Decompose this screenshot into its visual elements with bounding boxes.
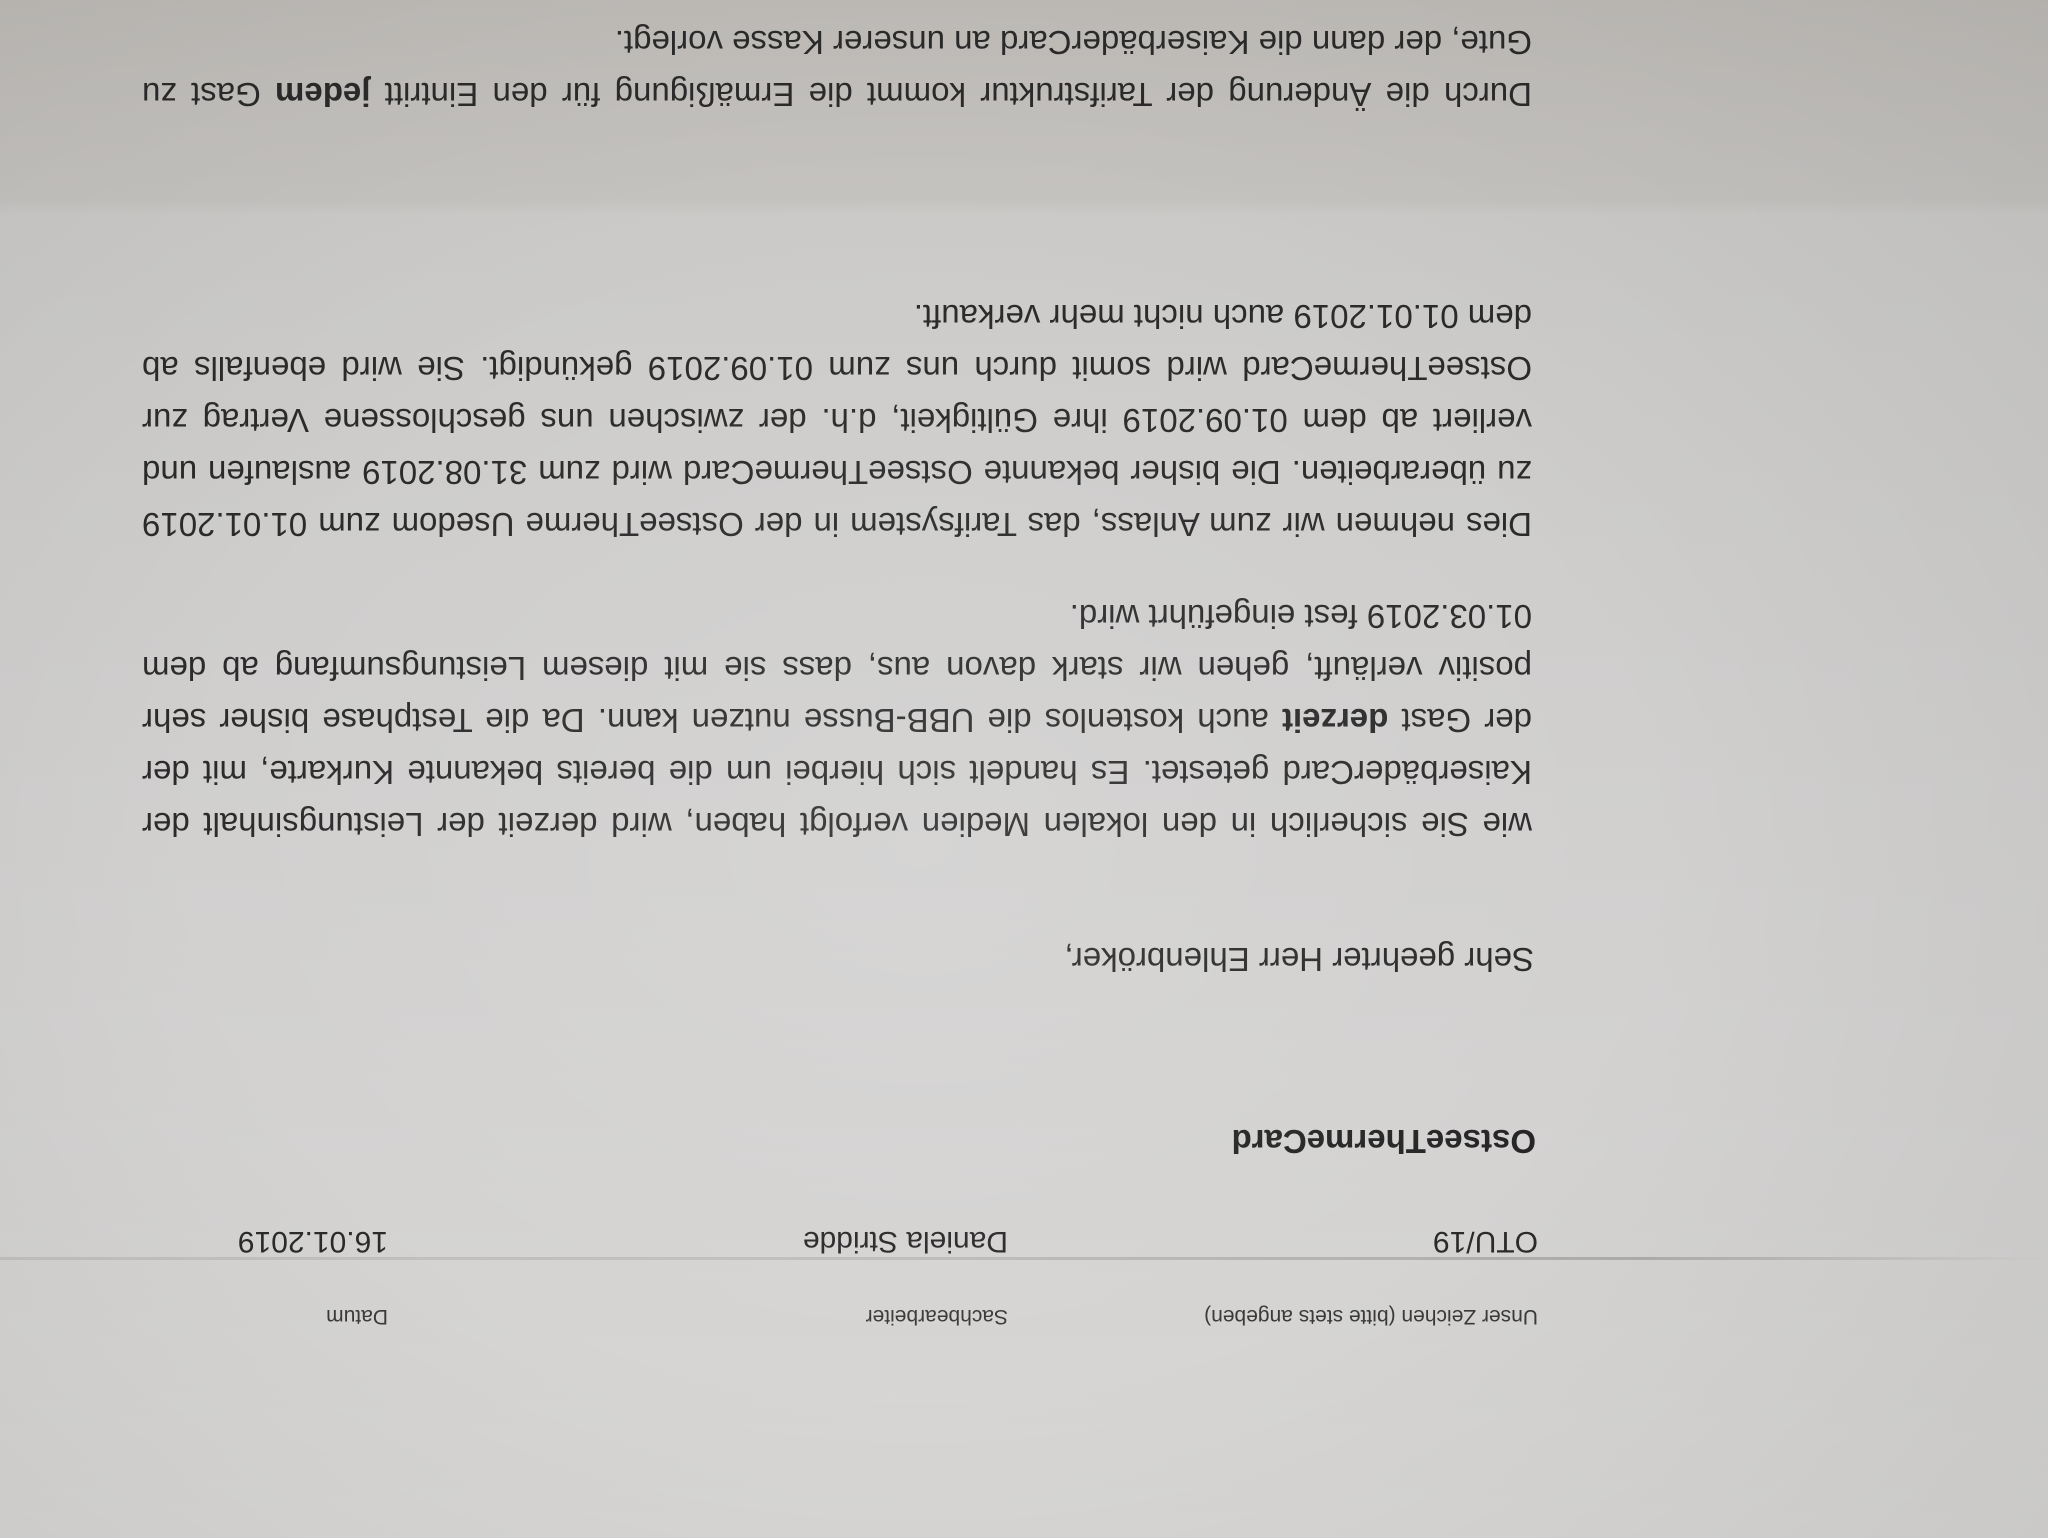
reference-field: Unser Zeichen (bitte stets angeben) OTU/…: [1204, 1224, 1538, 1328]
emphasized-text: jedem: [275, 76, 370, 113]
clerk-value: Daniela Stridde: [803, 1224, 1008, 1258]
letter-subject: OstseeThermeCard: [1232, 1122, 1536, 1160]
reference-value: OTU/19: [1204, 1224, 1538, 1258]
emphasized-text: derzeit: [1282, 702, 1388, 739]
letter-salutation: Sehr geehrter Herr Ehlenbröker,: [1064, 940, 1534, 978]
clerk-label: Sachbearbeiter: [803, 1304, 1008, 1328]
header-rule: [0, 1257, 2048, 1260]
clerk-field: Sachbearbeiter Daniela Stridde: [803, 1224, 1008, 1328]
paragraph: Durch die Änderung der Tarifstruktur kom…: [142, 16, 1532, 120]
paragraph-text: Dies nehmen wir zum Anlass, das Tarifsys…: [142, 298, 1532, 543]
reference-label: Unser Zeichen (bitte stets angeben): [1204, 1304, 1538, 1328]
letter-header-fields: Unser Zeichen (bitte stets angeben) OTU/…: [0, 1238, 2048, 1328]
paragraph: Dies nehmen wir zum Anlass, das Tarifsys…: [142, 290, 1532, 550]
date-field: Datum 16.01.2019: [238, 1224, 388, 1328]
letter-sheet: Unser Zeichen (bitte stets angeben) OTU/…: [0, 0, 2048, 1538]
paragraph: wie Sie sicherlich in den lokalen Medien…: [142, 590, 1532, 850]
date-value: 16.01.2019: [238, 1224, 388, 1258]
date-label: Datum: [238, 1304, 388, 1328]
paragraph-text: Durch die Änderung der Tarifstruktur kom…: [370, 76, 1532, 113]
